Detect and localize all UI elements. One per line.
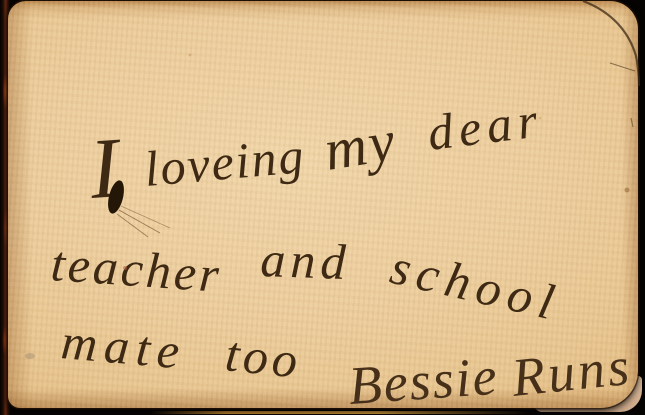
album-page bbox=[8, 1, 638, 408]
page-stack-edge-highlight bbox=[150, 411, 530, 414]
scanned-album-photo: I loveing my dear teacher and school mat… bbox=[0, 0, 645, 415]
